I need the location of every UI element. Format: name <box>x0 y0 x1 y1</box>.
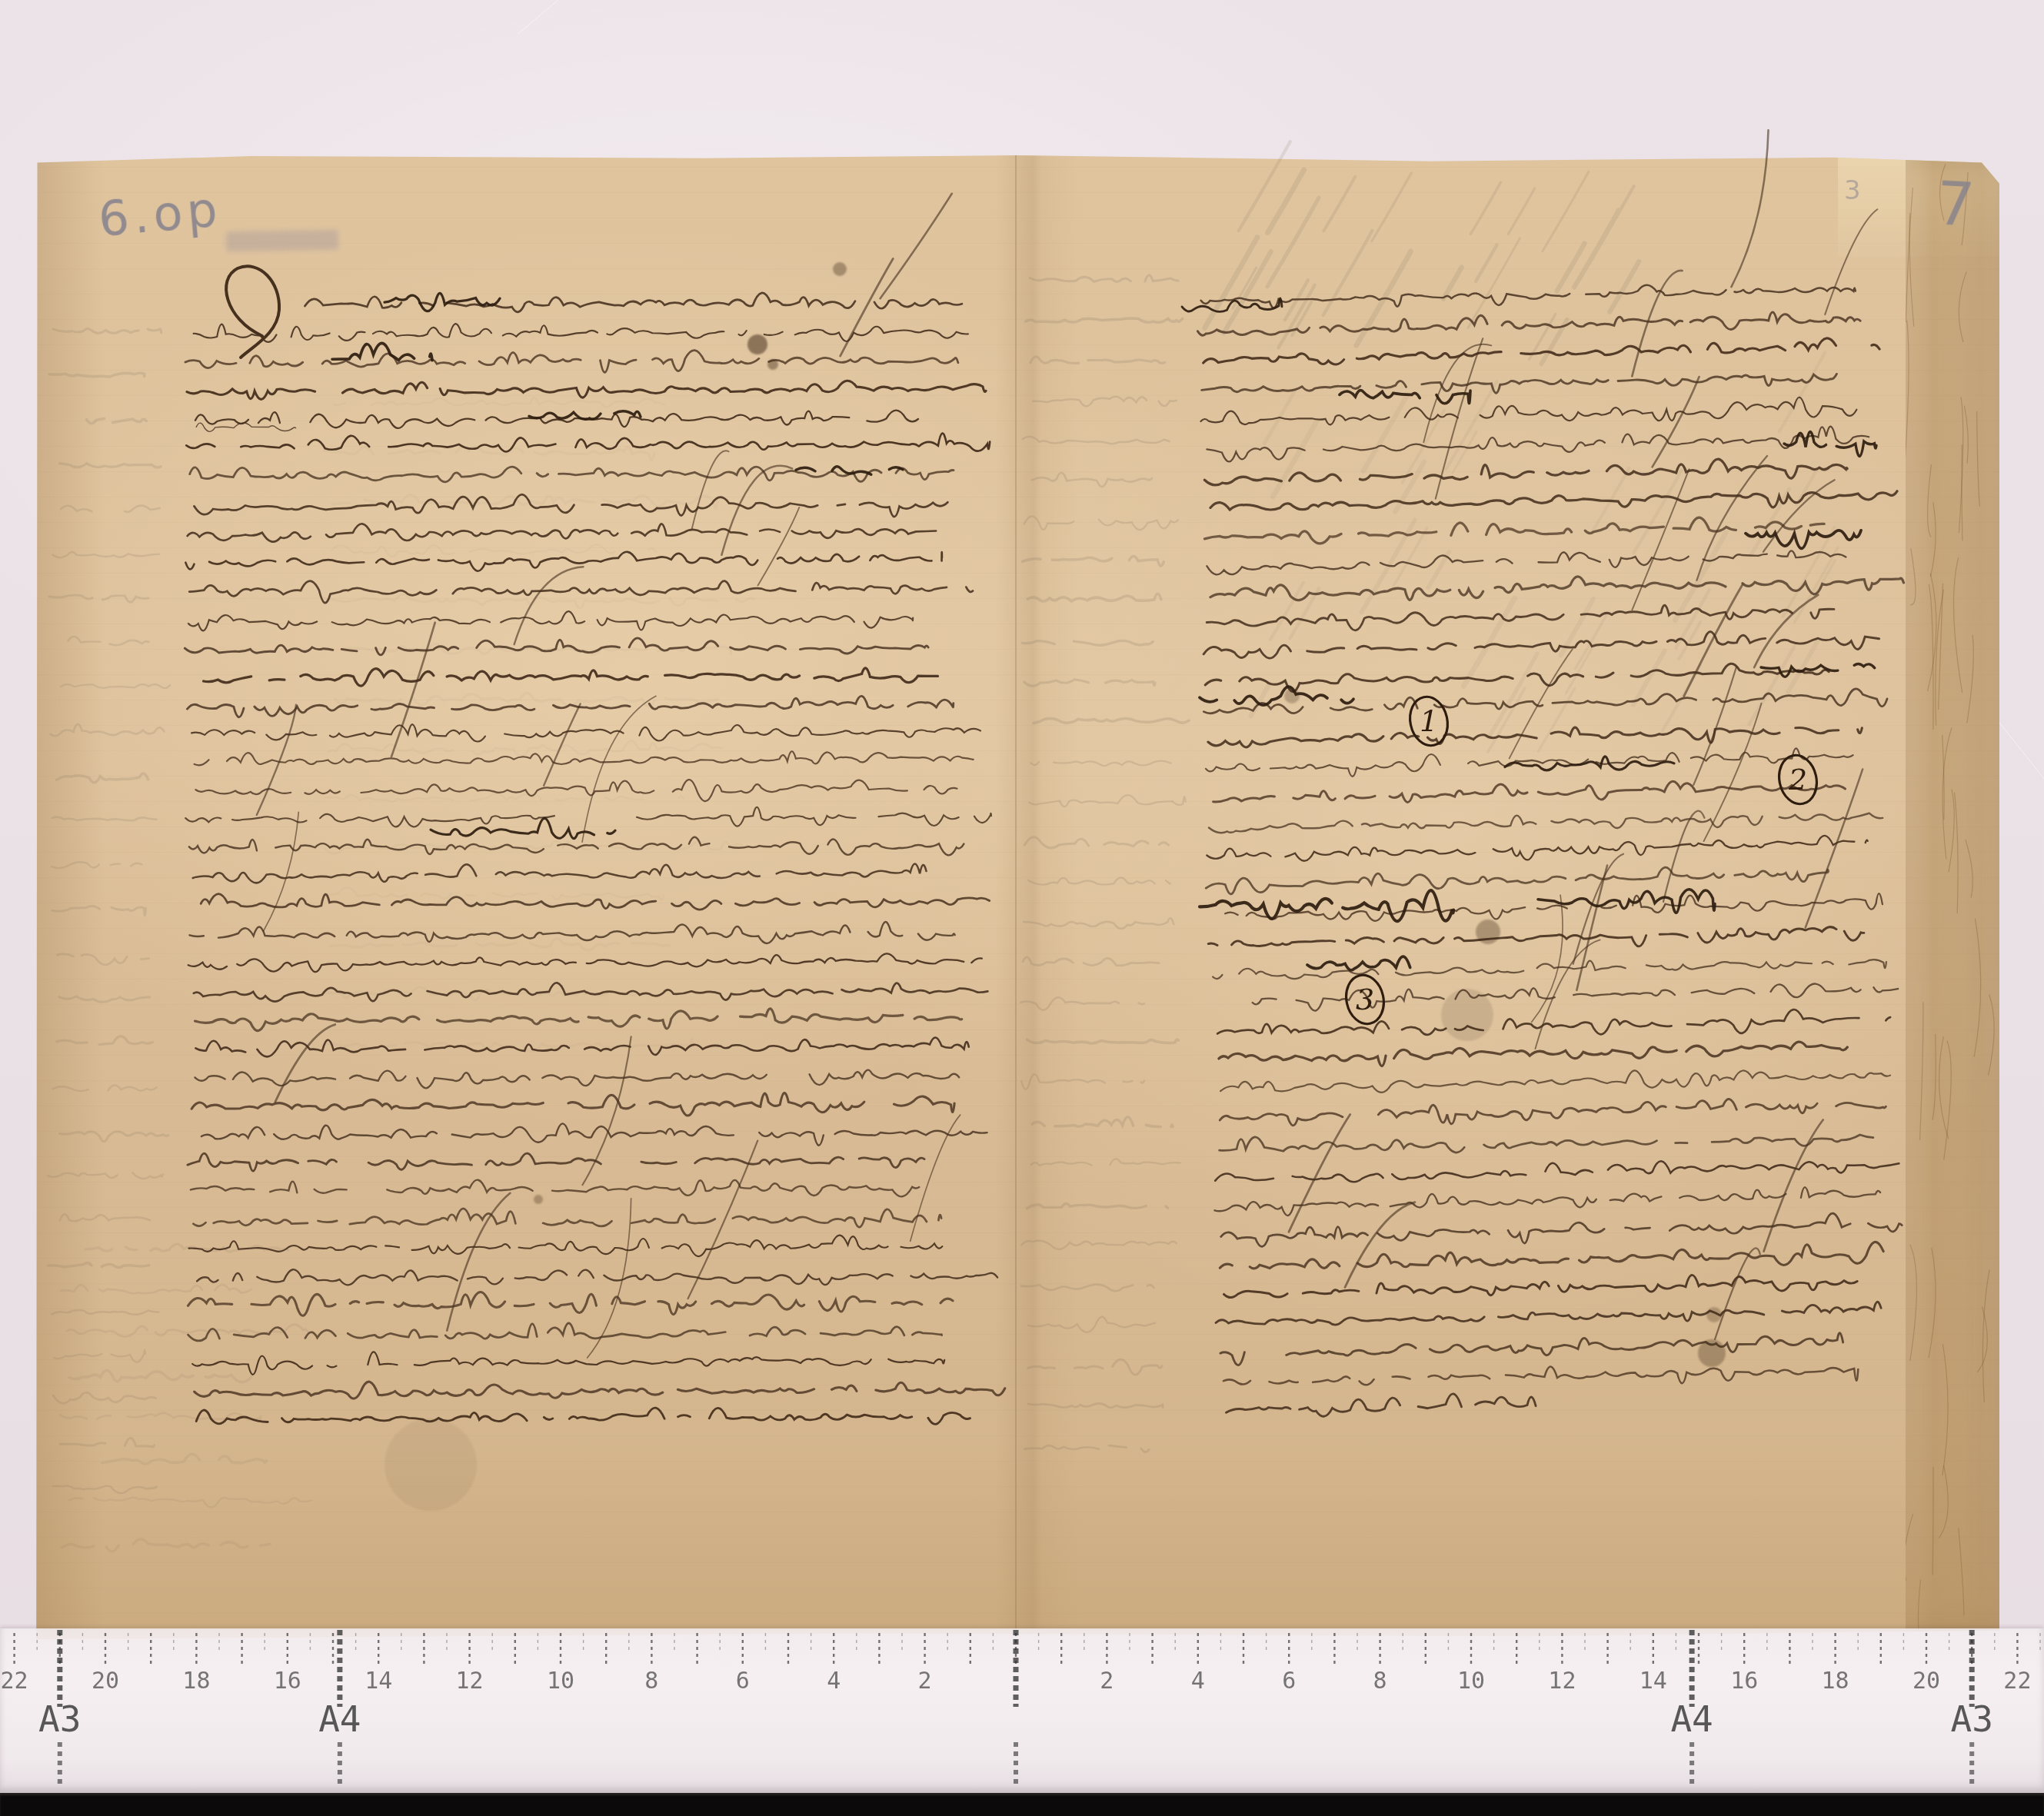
ruler-number: 6 <box>1282 1668 1296 1695</box>
ruler-number: 8 <box>1373 1668 1387 1695</box>
scan-edge-black-band <box>0 1793 2044 1816</box>
ruler-number: 18 <box>1822 1668 1849 1695</box>
ruler-number: 20 <box>1913 1668 1940 1695</box>
ruler-number: 10 <box>547 1668 574 1695</box>
ruler-number: 20 <box>92 1668 119 1695</box>
ruler-size-label-a4: A4 <box>1670 1698 1713 1740</box>
ruler-number: 18 <box>182 1668 210 1695</box>
ruler-number: 22 <box>2003 1668 2031 1695</box>
ruler-number: 10 <box>1457 1668 1485 1695</box>
ruler-number: 4 <box>827 1668 841 1695</box>
ruler-number: 2 <box>1100 1668 1114 1695</box>
ruler-number: 16 <box>274 1668 301 1695</box>
ruler-size-label-a3: A3 <box>1951 1698 1993 1740</box>
ruler-number: 12 <box>1548 1668 1576 1695</box>
measuring-ruler: 222018161412108642246810121416182022A3A4… <box>0 1628 2044 1793</box>
ruler-number: 12 <box>456 1668 484 1695</box>
ruler-number: 14 <box>1640 1668 1667 1695</box>
ruler-number: 14 <box>365 1668 392 1695</box>
ruler-number: 8 <box>644 1668 658 1695</box>
ruler-size-label-a4: A4 <box>318 1698 361 1740</box>
ruler-number: 22 <box>1 1668 28 1695</box>
ruler-ticks: 222018161412108642246810121416182022A3A4… <box>0 1628 2044 1793</box>
ruler-number: 2 <box>918 1668 932 1695</box>
ruler-number: 6 <box>736 1668 750 1695</box>
scanner-background <box>0 0 2044 1816</box>
ruler-number: 16 <box>1730 1668 1758 1695</box>
ruler-number: 4 <box>1191 1668 1205 1695</box>
ruler-size-label-a3: A3 <box>38 1698 81 1740</box>
